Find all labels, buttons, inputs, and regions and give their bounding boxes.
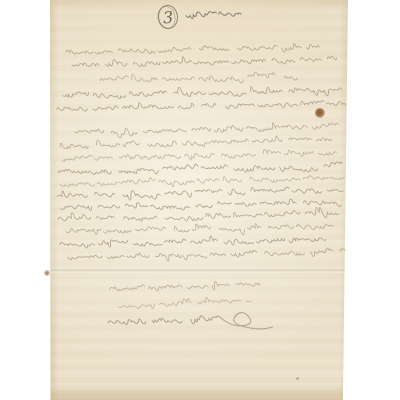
script-line <box>65 43 320 57</box>
script-line <box>107 312 273 335</box>
script-line <box>71 53 338 69</box>
script-line <box>59 173 345 189</box>
ink-bleed-group <box>56 43 346 334</box>
photo-background: 3 <box>0 0 400 400</box>
script-line <box>56 98 346 112</box>
script-line <box>117 296 252 310</box>
script-line <box>74 121 340 139</box>
pencil-scrawl-group <box>185 10 241 19</box>
script-line <box>109 280 261 294</box>
script-line <box>61 148 337 163</box>
script-line <box>185 10 241 19</box>
script-line <box>59 233 327 249</box>
page-number-annotation: 3 <box>156 5 178 30</box>
script-line <box>56 185 344 202</box>
script-line <box>57 161 344 178</box>
script-line <box>65 221 334 239</box>
handwriting-layer: 3 <box>0 0 400 400</box>
script-line <box>57 207 339 224</box>
script-line <box>67 248 346 264</box>
page-number-text: 3 <box>162 8 173 28</box>
script-line <box>99 70 298 86</box>
script-line <box>62 84 343 102</box>
script-line <box>59 198 341 213</box>
script-line <box>59 135 332 150</box>
